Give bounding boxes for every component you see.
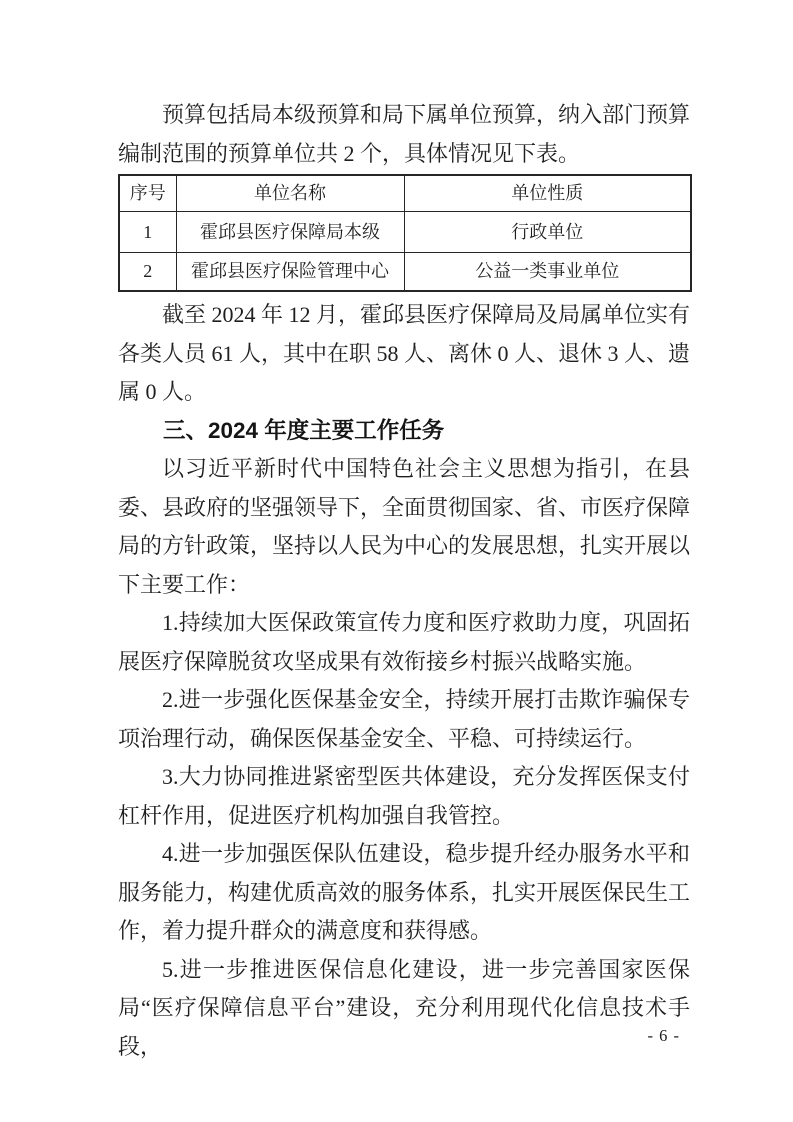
intro-paragraph: 预算包括局本级预算和局下属单位预算，纳入部门预算编制范围的预算单位共 2 个，具… <box>118 96 690 173</box>
task-paragraph-3: 3.大力协同推进紧密型医共体建设，充分发挥医保支付杠杆作用，促进医疗机构加强自我… <box>118 758 690 835</box>
staffing-paragraph: 截至 2024 年 12 月，霍邱县医疗保障局及局属单位实有各类人员 61 人，… <box>118 296 690 412</box>
table-header-row: 序号 单位名称 单位性质 <box>119 175 691 211</box>
column-header-unit-type: 单位性质 <box>404 175 691 211</box>
column-header-seq: 序号 <box>119 175 176 211</box>
cell-unit-type: 公益一类事业单位 <box>404 252 691 291</box>
task-paragraph-2: 2.进一步强化医保基金安全，持续开展打击欺诈骗保专项治理行动，确保医保基金安全、… <box>118 681 690 758</box>
cell-seq: 2 <box>119 252 176 291</box>
page-number: - 6 - <box>648 1026 681 1046</box>
document-page: 预算包括局本级预算和局下属单位预算，纳入部门预算编制范围的预算单位共 2 个，具… <box>0 0 793 1122</box>
task-paragraph-1: 1.持续加大医保政策宣传力度和医疗救助力度，巩固拓展医疗保障脱贫攻坚成果有效衔接… <box>118 604 690 681</box>
section-heading: 三、2024 年度主要工作任务 <box>118 412 690 451</box>
cell-seq: 1 <box>119 211 176 252</box>
cell-unit-type: 行政单位 <box>404 211 691 252</box>
section-intro-paragraph: 以习近平新时代中国特色社会主义思想为指引，在县委、县政府的坚强领导下，全面贯彻国… <box>118 450 690 604</box>
cell-unit-name: 霍邱县医疗保险管理中心 <box>176 252 404 291</box>
document-content: 预算包括局本级预算和局下属单位预算，纳入部门预算编制范围的预算单位共 2 个，具… <box>118 96 690 1066</box>
units-table: 序号 单位名称 单位性质 1 霍邱县医疗保障局本级 行政单位 2 霍邱县医疗保险… <box>118 174 692 292</box>
table-row: 2 霍邱县医疗保险管理中心 公益一类事业单位 <box>119 252 691 291</box>
table-row: 1 霍邱县医疗保障局本级 行政单位 <box>119 211 691 252</box>
cell-unit-name: 霍邱县医疗保障局本级 <box>176 211 404 252</box>
task-paragraph-5: 5.进一步推进医保信息化建设，进一步完善国家医保局“医疗保障信息平台”建设，充分… <box>118 951 690 1067</box>
task-paragraph-4: 4.进一步加强医保队伍建设，稳步提升经办服务水平和服务能力，构建优质高效的服务体… <box>118 835 690 951</box>
column-header-unit-name: 单位名称 <box>176 175 404 211</box>
